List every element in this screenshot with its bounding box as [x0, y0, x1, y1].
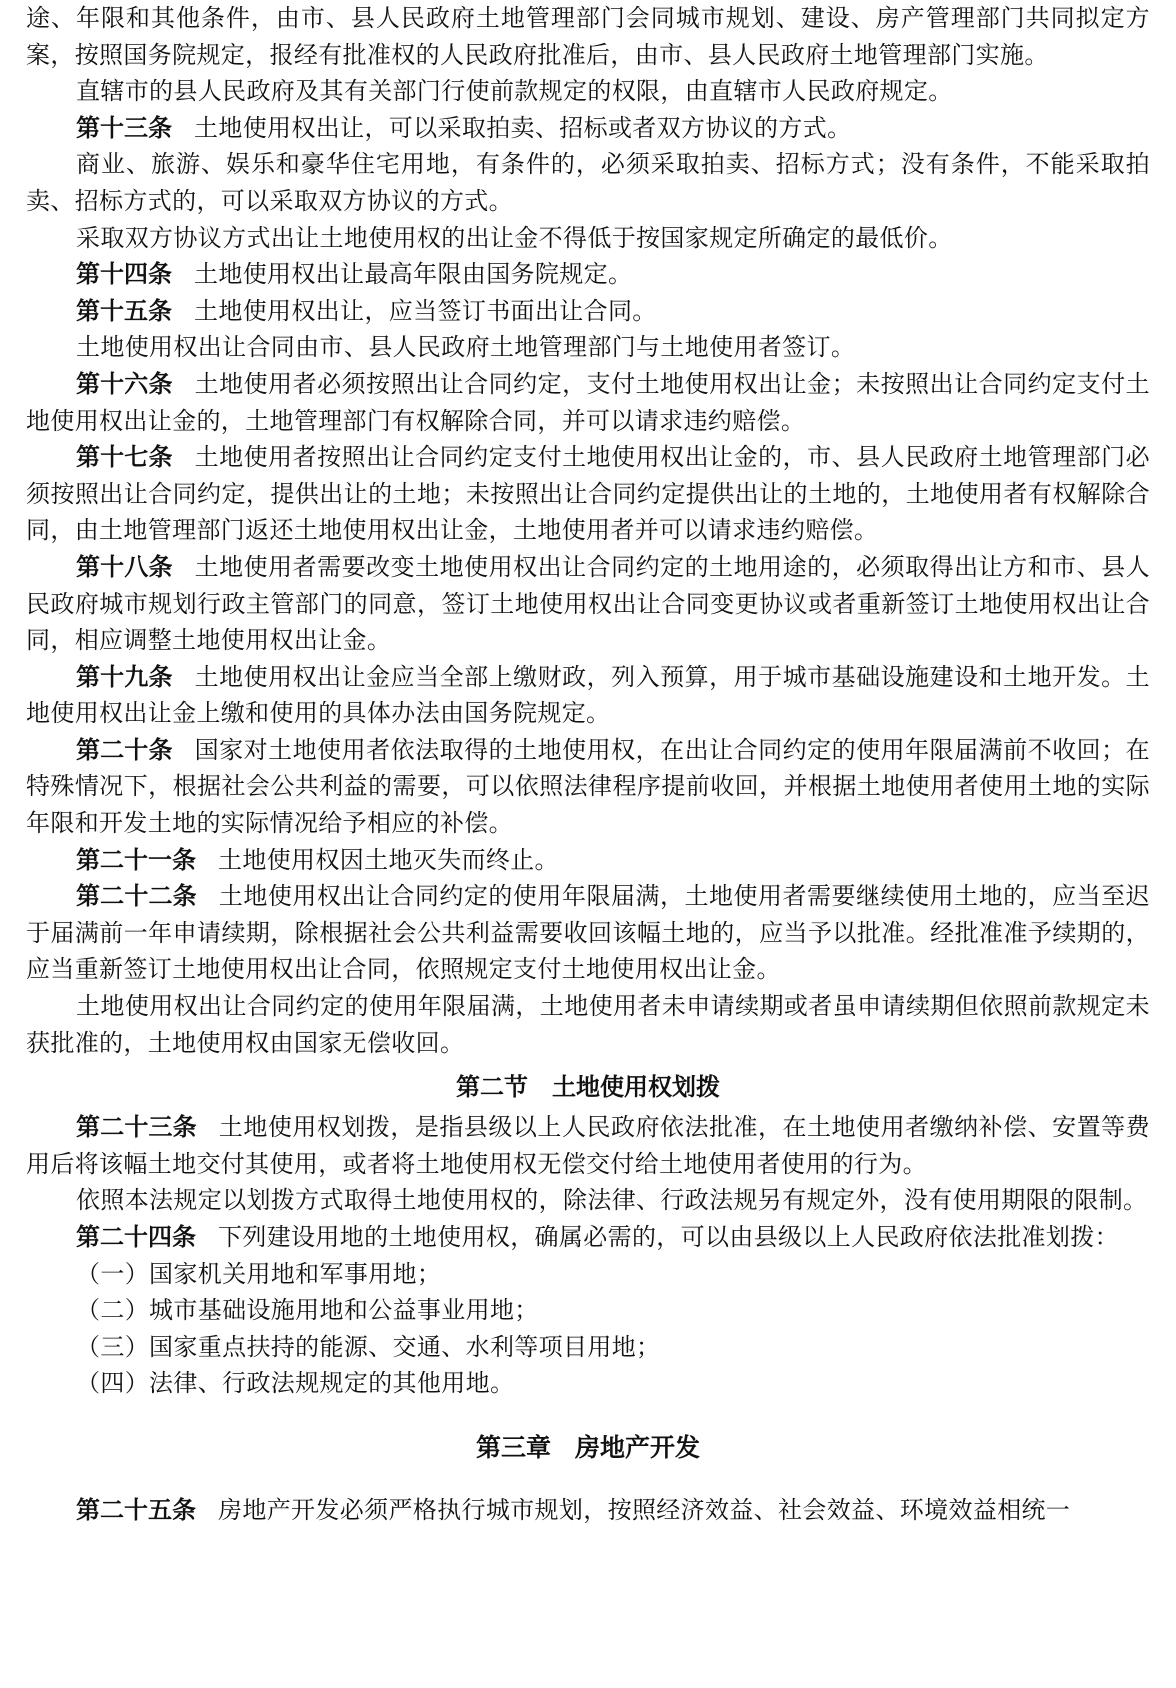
article-20: 第二十条国家对土地使用者依法取得的土地使用权，在出让合同约定的使用年限届满前不收… [26, 732, 1150, 842]
article-number: 第十九条 [76, 663, 173, 691]
list-item: （一）国家机关用地和军事用地； [26, 1256, 1150, 1293]
section-label: 第二节 [456, 1073, 528, 1101]
article-15: 第十五条土地使用权出让，应当签订书面出让合同。 [26, 293, 1150, 330]
continuation-paragraph: 途、年限和其他条件，由市、县人民政府土地管理部门会同城市规划、建设、房产管理部门… [26, 0, 1150, 73]
article-text: 土地使用者必须按照出让合同约定，支付土地使用权出让金；未按照出让合同约定支付土地… [26, 370, 1150, 435]
article-number: 第二十五条 [76, 1496, 196, 1524]
article-number: 第二十三条 [76, 1113, 197, 1141]
article-number: 第十三条 [76, 114, 172, 142]
article-text: 下列建设用地的土地使用权，确属必需的，可以由县级以上人民政府依法批准划拨： [218, 1223, 1119, 1251]
article-text: 房地产开发必须严格执行城市规划，按照经济效益、社会效益、环境效益相统一 [218, 1496, 1070, 1524]
list-item: （二）城市基础设施用地和公益事业用地； [26, 1292, 1150, 1329]
section-title: 土地使用权划拨 [552, 1073, 720, 1101]
article-18: 第十八条土地使用者需要改变土地使用权出让合同约定的土地用途的，必须取得出让方和市… [26, 549, 1150, 659]
article-number: 第二十二条 [76, 882, 197, 910]
article-text: 土地使用权出让最高年限由国务院规定。 [194, 260, 632, 288]
article-number: 第二十一条 [76, 846, 196, 874]
paragraph: 商业、旅游、娱乐和豪华住宅用地，有条件的，必须采取拍卖、招标方式；没有条件，不能… [26, 146, 1150, 219]
paragraph: 直辖市的县人民政府及其有关部门行使前款规定的权限，由直辖市人民政府规定。 [26, 73, 1150, 110]
article-14: 第十四条土地使用权出让最高年限由国务院规定。 [26, 256, 1150, 293]
article-25: 第二十五条房地产开发必须严格执行城市规划，按照经济效益、社会效益、环境效益相统一 [26, 1492, 1150, 1529]
article-17: 第十七条土地使用者按照出让合同约定支付土地使用权出让金的，市、县人民政府土地管理… [26, 439, 1150, 549]
article-text: 国家对土地使用者依法取得的土地使用权，在出让合同约定的使用年限届满前不收回；在特… [26, 736, 1150, 837]
document-page: 途、年限和其他条件，由市、县人民政府土地管理部门会同城市规划、建设、房产管理部门… [0, 0, 1176, 1529]
article-number: 第十四条 [76, 260, 172, 288]
article-text: 土地使用权出让，应当签订书面出让合同。 [194, 297, 657, 325]
article-text: 土地使用权因土地灭失而终止。 [218, 846, 559, 874]
article-text: 土地使用权出让金应当全部上缴财政，列入预算，用于城市基础设施建设和土地开发。土地… [26, 663, 1150, 728]
paragraph: 采取双方协议方式出让土地使用权的出让金不得低于按国家规定所确定的最低价。 [26, 220, 1150, 257]
article-number: 第十五条 [76, 297, 172, 325]
article-21: 第二十一条土地使用权因土地灭失而终止。 [26, 842, 1150, 879]
chapter-label: 第三章 [476, 1433, 551, 1462]
chapter-title: 房地产开发 [575, 1433, 700, 1462]
article-23: 第二十三条土地使用权划拨，是指县级以上人民政府依法批准，在土地使用者缴纳补偿、安… [26, 1109, 1150, 1182]
article-22: 第二十二条土地使用权出让合同约定的使用年限届满，土地使用者需要继续使用土地的，应… [26, 878, 1150, 988]
article-text: 土地使用者按照出让合同约定支付土地使用权出让金的，市、县人民政府土地管理部门必须… [26, 443, 1150, 544]
article-16: 第十六条土地使用者必须按照出让合同约定，支付土地使用权出让金；未按照出让合同约定… [26, 366, 1150, 439]
list-item: （三）国家重点扶持的能源、交通、水利等项目用地； [26, 1329, 1150, 1366]
article-24: 第二十四条下列建设用地的土地使用权，确属必需的，可以由县级以上人民政府依法批准划… [26, 1219, 1150, 1256]
paragraph: 土地使用权出让合同由市、县人民政府土地管理部门与土地使用者签订。 [26, 329, 1150, 366]
chapter-heading: 第三章房地产开发 [26, 1430, 1150, 1466]
article-text: 土地使用者需要改变土地使用权出让合同约定的土地用途的，必须取得出让方和市、县人民… [26, 553, 1150, 654]
paragraph: 依照本法规定以划拨方式取得土地使用权的，除法律、行政法规另有规定外，没有使用期限… [26, 1182, 1150, 1219]
article-13: 第十三条土地使用权出让，可以采取拍卖、招标或者双方协议的方式。 [26, 110, 1150, 147]
article-text: 土地使用权出让，可以采取拍卖、招标或者双方协议的方式。 [194, 114, 851, 142]
article-number: 第十七条 [76, 443, 173, 471]
article-number: 第二十条 [76, 736, 173, 764]
paragraph: 土地使用权出让合同约定的使用年限届满，土地使用者未申请续期或者虽申请续期但依照前… [26, 988, 1150, 1061]
list-item: （四）法律、行政法规规定的其他用地。 [26, 1365, 1150, 1402]
section-heading: 第二节土地使用权划拨 [26, 1069, 1150, 1105]
article-number: 第十六条 [76, 370, 173, 398]
article-number: 第二十四条 [76, 1223, 196, 1251]
article-19: 第十九条土地使用权出让金应当全部上缴财政，列入预算，用于城市基础设施建设和土地开… [26, 659, 1150, 732]
article-number: 第十八条 [76, 553, 173, 581]
